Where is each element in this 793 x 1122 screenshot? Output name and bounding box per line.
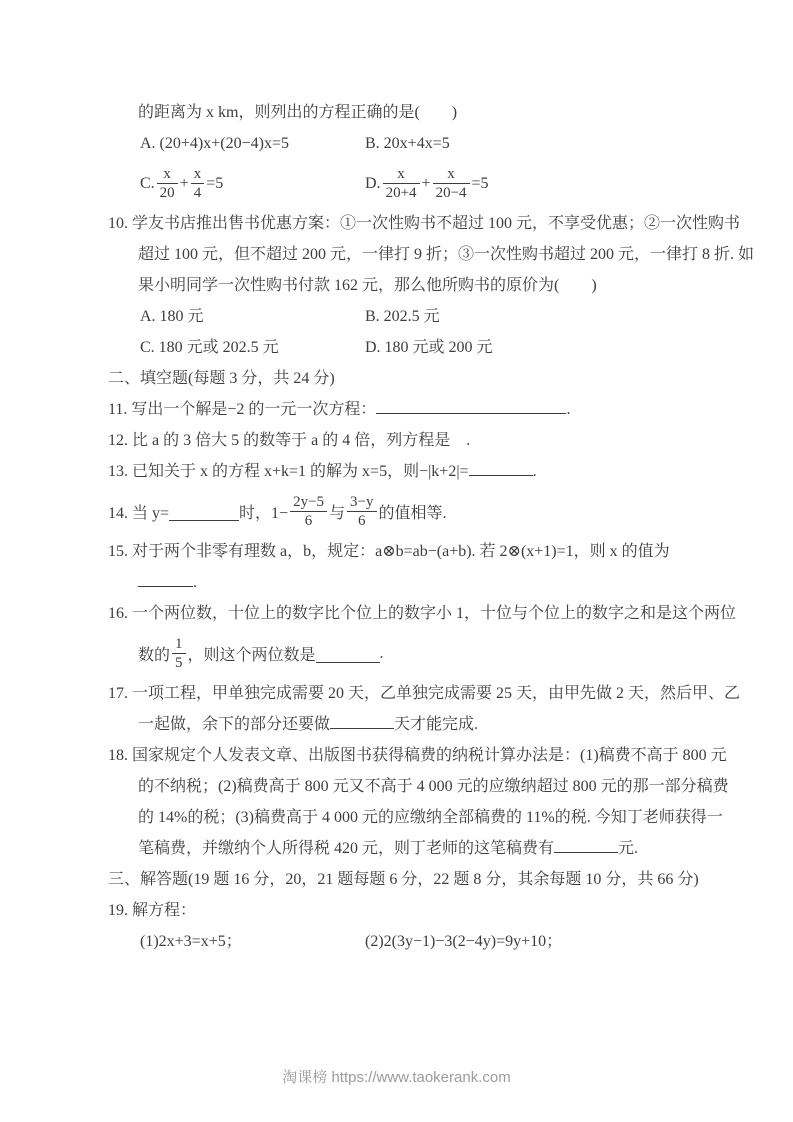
question-18-line-2: 的不纳税；(2)稿费高于 800 元又不高于 4 000 元的应缴纳超过 800… <box>138 771 708 802</box>
question-18-line-1: 18. 国家规定个人发表文章、出版图书获得稿费的纳税计算办法是：(1)稿费不高于… <box>108 740 708 771</box>
equation-tail: =5 <box>472 175 489 193</box>
question-12: 12. 比 a 的 3 倍大 5 的数等于 a 的 4 倍，列方程是 . <box>108 425 708 456</box>
plus-sign: + <box>422 175 431 193</box>
option-d-label: D. <box>365 175 381 193</box>
question-18-pre: 笔稿费，并缴纳个人所得税 420 元，则丁老师的这笔稿费有 <box>138 840 554 857</box>
answer-blank <box>469 457 533 476</box>
question-15-line-2: . <box>138 567 708 598</box>
question-16-line-1: 16. 一个两位数，十位上的数字比个位上的数字小 1，十位与个位上的数字之和是这… <box>108 598 708 629</box>
fraction-numerator: 2y−5 <box>290 493 327 512</box>
fraction-numerator: x <box>383 165 420 184</box>
question-17-pre: 一起做，余下的部分还要做 <box>138 716 330 733</box>
question-19-label: 19. 解方程： <box>108 895 708 926</box>
question-14-tail: 的值相等. <box>379 500 447 523</box>
fraction: 1 5 <box>172 635 186 672</box>
question-15-tail: . <box>193 574 197 591</box>
fraction-numerator: x <box>191 165 205 184</box>
watermark-footer: 淘课榜 https://www.taokerank.com <box>0 1066 793 1090</box>
question-18-line-4: 笔稿费，并缴纳个人所得税 420 元，则丁老师的这笔稿费有元. <box>138 833 708 864</box>
exam-content: 的距离为 x km，则列出的方程正确的是( ) A. (20+4)x+(20−4… <box>108 97 708 957</box>
question-17-line-1: 17. 一项工程，甲单独完成需要 20 天，乙单独完成需要 25 天，由甲先做 … <box>108 678 708 709</box>
fraction-numerator: x <box>157 165 178 184</box>
option-c-label: C. <box>140 175 155 193</box>
question-9-option-b: B. 20x+4x=5 <box>365 128 450 159</box>
question-19-equations: (1)2x+3=x+5； (2)2(3y−1)−3(2−4y)=9y+10； <box>140 926 708 957</box>
question-11-tail: . <box>566 401 570 418</box>
question-13-text: 13. 已知关于 x 的方程 x+k=1 的解为 x=5，则−|k+2|= <box>108 463 469 480</box>
fraction-denominator: 20−4 <box>433 184 470 202</box>
question-10-option-b: B. 202.5 元 <box>365 301 440 332</box>
plus-sign: + <box>180 175 189 193</box>
answer-blank <box>376 395 566 414</box>
section-2-heading: 二、填空题(每题 3 分，共 24 分) <box>108 363 708 394</box>
question-14-pre: 14. 当 y= <box>108 500 169 523</box>
answer-blank <box>330 710 394 729</box>
question-18-tail: 元. <box>618 840 638 857</box>
question-11-text: 11. 写出一个解是−2 的一元一次方程： <box>108 401 376 418</box>
fraction-denominator: 20+4 <box>383 184 420 202</box>
question-10-options-ab: A. 180 元 B. 202.5 元 <box>140 301 708 332</box>
question-9-option-c: C. x 20 + x 4 =5 <box>140 165 365 202</box>
question-13: 13. 已知关于 x 的方程 x+k=1 的解为 x=5，则−|k+2|=. <box>108 456 708 487</box>
fraction-denominator: 6 <box>290 512 327 530</box>
question-19-equation-2: (2)2(3y−1)−3(2−4y)=9y+10； <box>365 926 562 957</box>
question-9-stem: 的距离为 x km，则列出的方程正确的是( ) <box>138 97 708 128</box>
fraction-numerator: 3−y <box>347 493 376 512</box>
fraction: 2y−5 6 <box>290 493 327 530</box>
question-14-connector: 与 <box>329 500 345 523</box>
fraction-denominator: 5 <box>172 654 186 672</box>
question-10-option-a: A. 180 元 <box>140 301 365 332</box>
fraction: x 20+4 <box>383 165 420 202</box>
answer-blank <box>169 502 239 521</box>
question-9-options-ab: A. (20+4)x+(20−4)x=5 B. 20x+4x=5 <box>140 128 708 159</box>
fraction: x 20−4 <box>433 165 470 202</box>
question-14-mid: 时，1− <box>239 500 288 523</box>
section-3-heading: 三、解答题(19 题 16 分，20，21 题每题 6 分，22 题 8 分，其… <box>108 864 708 895</box>
answer-blank <box>138 568 193 587</box>
fraction-denominator: 6 <box>347 512 376 530</box>
question-16-line-2: 数的 1 5 ，则这个两位数是 . <box>138 629 708 678</box>
question-10-line-2: 超过 100 元，但不超过 200 元，一律打 9 折；③一次性购书超过 200… <box>138 239 708 270</box>
question-9-option-a: A. (20+4)x+(20−4)x=5 <box>140 128 365 159</box>
fraction-denominator: 4 <box>191 184 205 202</box>
fraction-numerator: x <box>433 165 470 184</box>
question-16-tail: . <box>380 645 384 663</box>
question-18-line-3: 的 14%的税；(3)稿费高于 4 000 元的应缴纳全部稿费的 11%的税. … <box>138 802 708 833</box>
question-14: 14. 当 y= 时，1− 2y−5 6 与 3−y 6 的值相等. <box>108 487 708 536</box>
question-10-option-d: D. 180 元或 200 元 <box>365 332 493 363</box>
question-19-equation-1: (1)2x+3=x+5； <box>140 926 365 957</box>
question-10-line-3: 果小明同学一次性购书付款 162 元，那么他所购书的原价为( ) <box>138 270 708 301</box>
fraction-numerator: 1 <box>172 635 186 654</box>
question-10-options-cd: C. 180 元或 202.5 元 D. 180 元或 200 元 <box>140 332 708 363</box>
fraction-denominator: 20 <box>157 184 178 202</box>
question-16-pre: 数的 <box>138 642 170 665</box>
question-10-line-1: 10. 学友书店推出售书优惠方案：①一次性购书不超过 100 元，不享受优惠；②… <box>108 208 708 239</box>
watermark-text: 淘课榜 https://www.taokerank.com <box>282 1069 510 1086</box>
fraction: 3−y 6 <box>347 493 376 530</box>
question-15-line-1: 15. 对于两个非零有理数 a，b，规定：a⊗b=ab−(a+b). 若 2⊗(… <box>108 536 708 567</box>
fraction: x 4 <box>191 165 205 202</box>
question-17-tail: 天才能完成. <box>394 716 478 733</box>
question-9-option-d: D. x 20+4 + x 20−4 =5 <box>365 165 489 202</box>
question-13-tail: . <box>533 463 537 480</box>
exam-paper-page: 的距离为 x km，则列出的方程正确的是( ) A. (20+4)x+(20−4… <box>0 0 793 1122</box>
question-11: 11. 写出一个解是−2 的一元一次方程：. <box>108 394 708 425</box>
answer-blank <box>316 644 380 663</box>
answer-blank <box>554 834 618 853</box>
question-16-mid: ，则这个两位数是 <box>188 642 316 665</box>
equation-tail: =5 <box>206 175 223 193</box>
question-9-options-cd: C. x 20 + x 4 =5 D. x 20+4 + <box>140 159 708 208</box>
fraction: x 20 <box>157 165 178 202</box>
question-10-option-c: C. 180 元或 202.5 元 <box>140 332 365 363</box>
question-17-line-2: 一起做，余下的部分还要做天才能完成. <box>138 709 708 740</box>
